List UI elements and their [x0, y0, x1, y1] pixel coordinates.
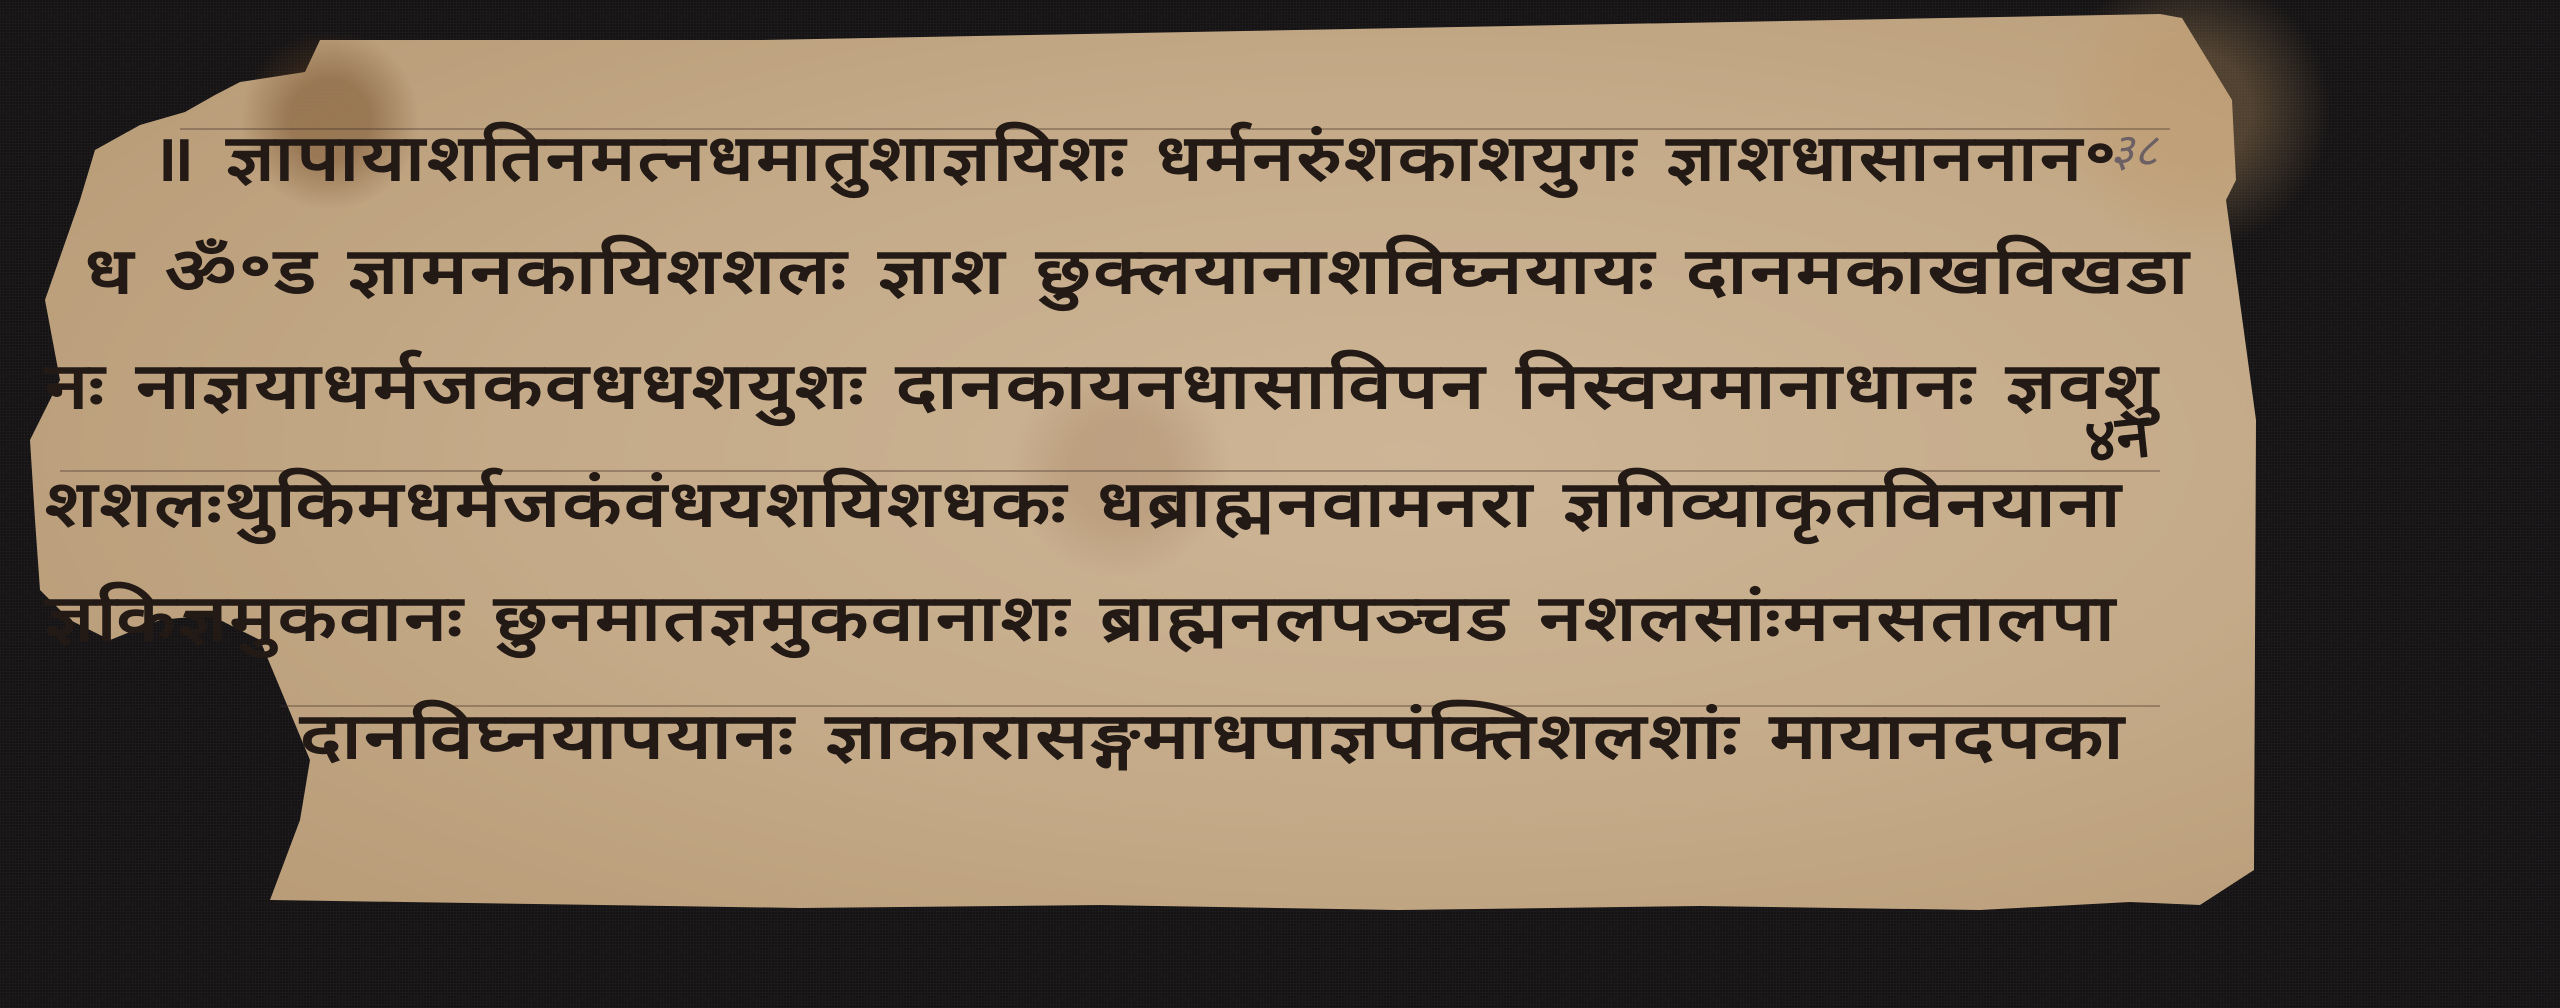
manuscript-line-1: ॥ ज्ञापायाशतिनमत्नधमातुशाज्ञयिशः धर्मनरु…: [150, 112, 2119, 199]
manuscript-line-4: शशलःथुकिमधर्मजकंवंधयशयिशधकः धब्राह्मनवाम…: [45, 458, 2123, 545]
manuscript-line-6: दानविघ्नयापयानः ज्ञाकारासङ्गमाधपाज्ञपंक्…: [300, 690, 2126, 777]
manuscript-line-3: नः नाज्ञयाधर्मजकवधधशयुशः दानकायनधासाविपन…: [45, 340, 2160, 427]
folio-number-ink: ४न: [2081, 392, 2154, 480]
folio-number-pencil: ३८: [2110, 118, 2158, 180]
manuscript-line-5: ज्ञकिज्ञमुकवानः छुनमातज्ञमुकवानाशः ब्राह…: [45, 572, 2117, 659]
manuscript-line-2: ध ॐ॰ड ज्ञामनकायिशशलः ज्ञाश छुक्लयानाशविघ…: [85, 225, 2191, 312]
